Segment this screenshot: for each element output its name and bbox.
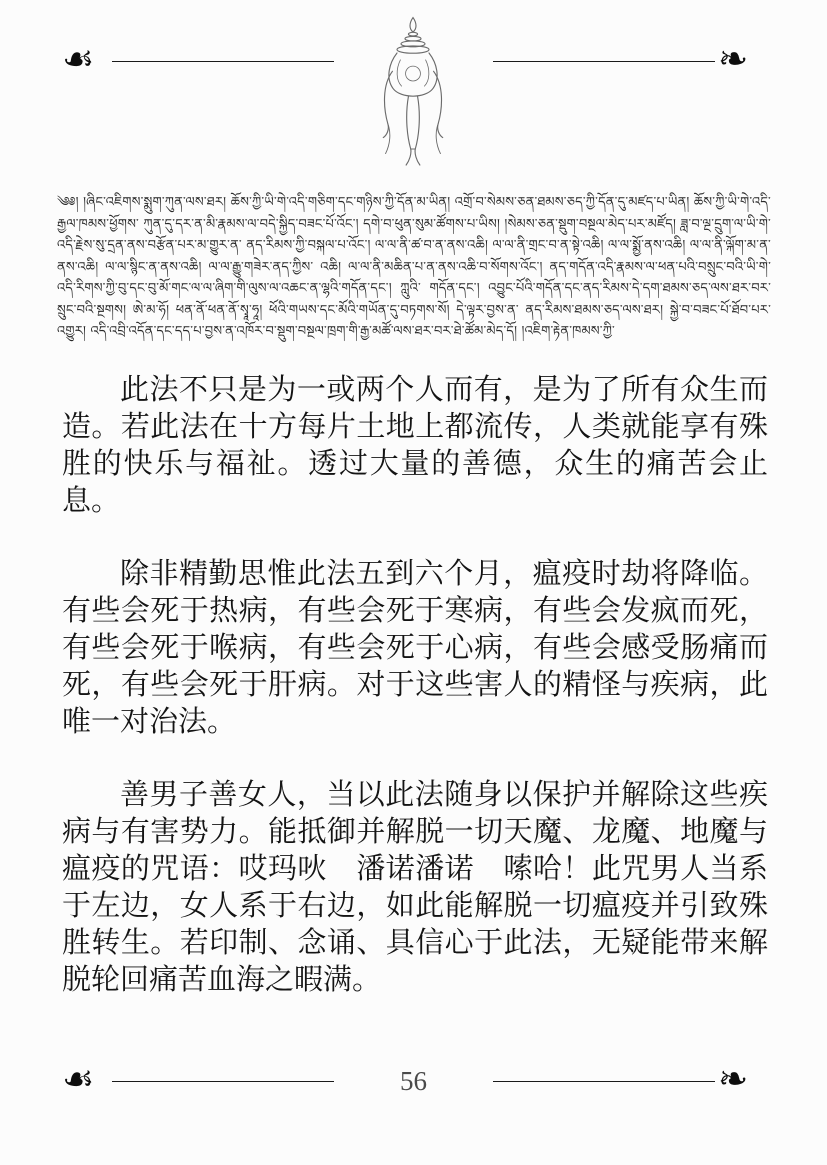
paragraph-benefit-of-all-beings: 此法不只是为一或两个人而有，是为了所有众生而造。若此法在十方每片土地上都流传，人… [62,372,768,520]
floral-flourish-bottom-right-icon: ❧ [718,1062,748,1098]
floral-flourish-top-right-icon: ❧ [718,42,748,78]
floral-flourish-top-left-icon: ☙ [62,42,94,78]
paragraph-plague-warning: 除非精勤思惟此法五到六个月，瘟疫时劫将降临。有些会死于热病，有些会死于寒病，有些… [62,556,768,741]
bottom-right-rule [493,1081,715,1082]
chinese-translation-body: 此法不只是为一或两个人而有，是为了所有众生而造。若此法在十方每片土地上都流传，人… [62,372,768,1035]
treasure-vase-ornament-icon [373,14,453,172]
paragraph-mantra-protection: 善男子善女人，当以此法随身以保护并解除这些疾病与有害势力。能抵御并解脱一切天魔、… [62,777,768,999]
tibetan-scripture-block: ༄༅། །ཞིང་འཇིགས་སྨུག་ཀུན་ལས་ཐར། ཆོས་ཀྱི་ཡ… [57,192,771,343]
top-right-rule [493,61,715,62]
book-page: ☙ ❧ ༄༅། །ཞིང་འཇིགས་སྨུག་ཀུན་ལས་ཐར། ཆོས་ཀ… [0,0,827,1165]
top-left-rule [112,61,334,62]
